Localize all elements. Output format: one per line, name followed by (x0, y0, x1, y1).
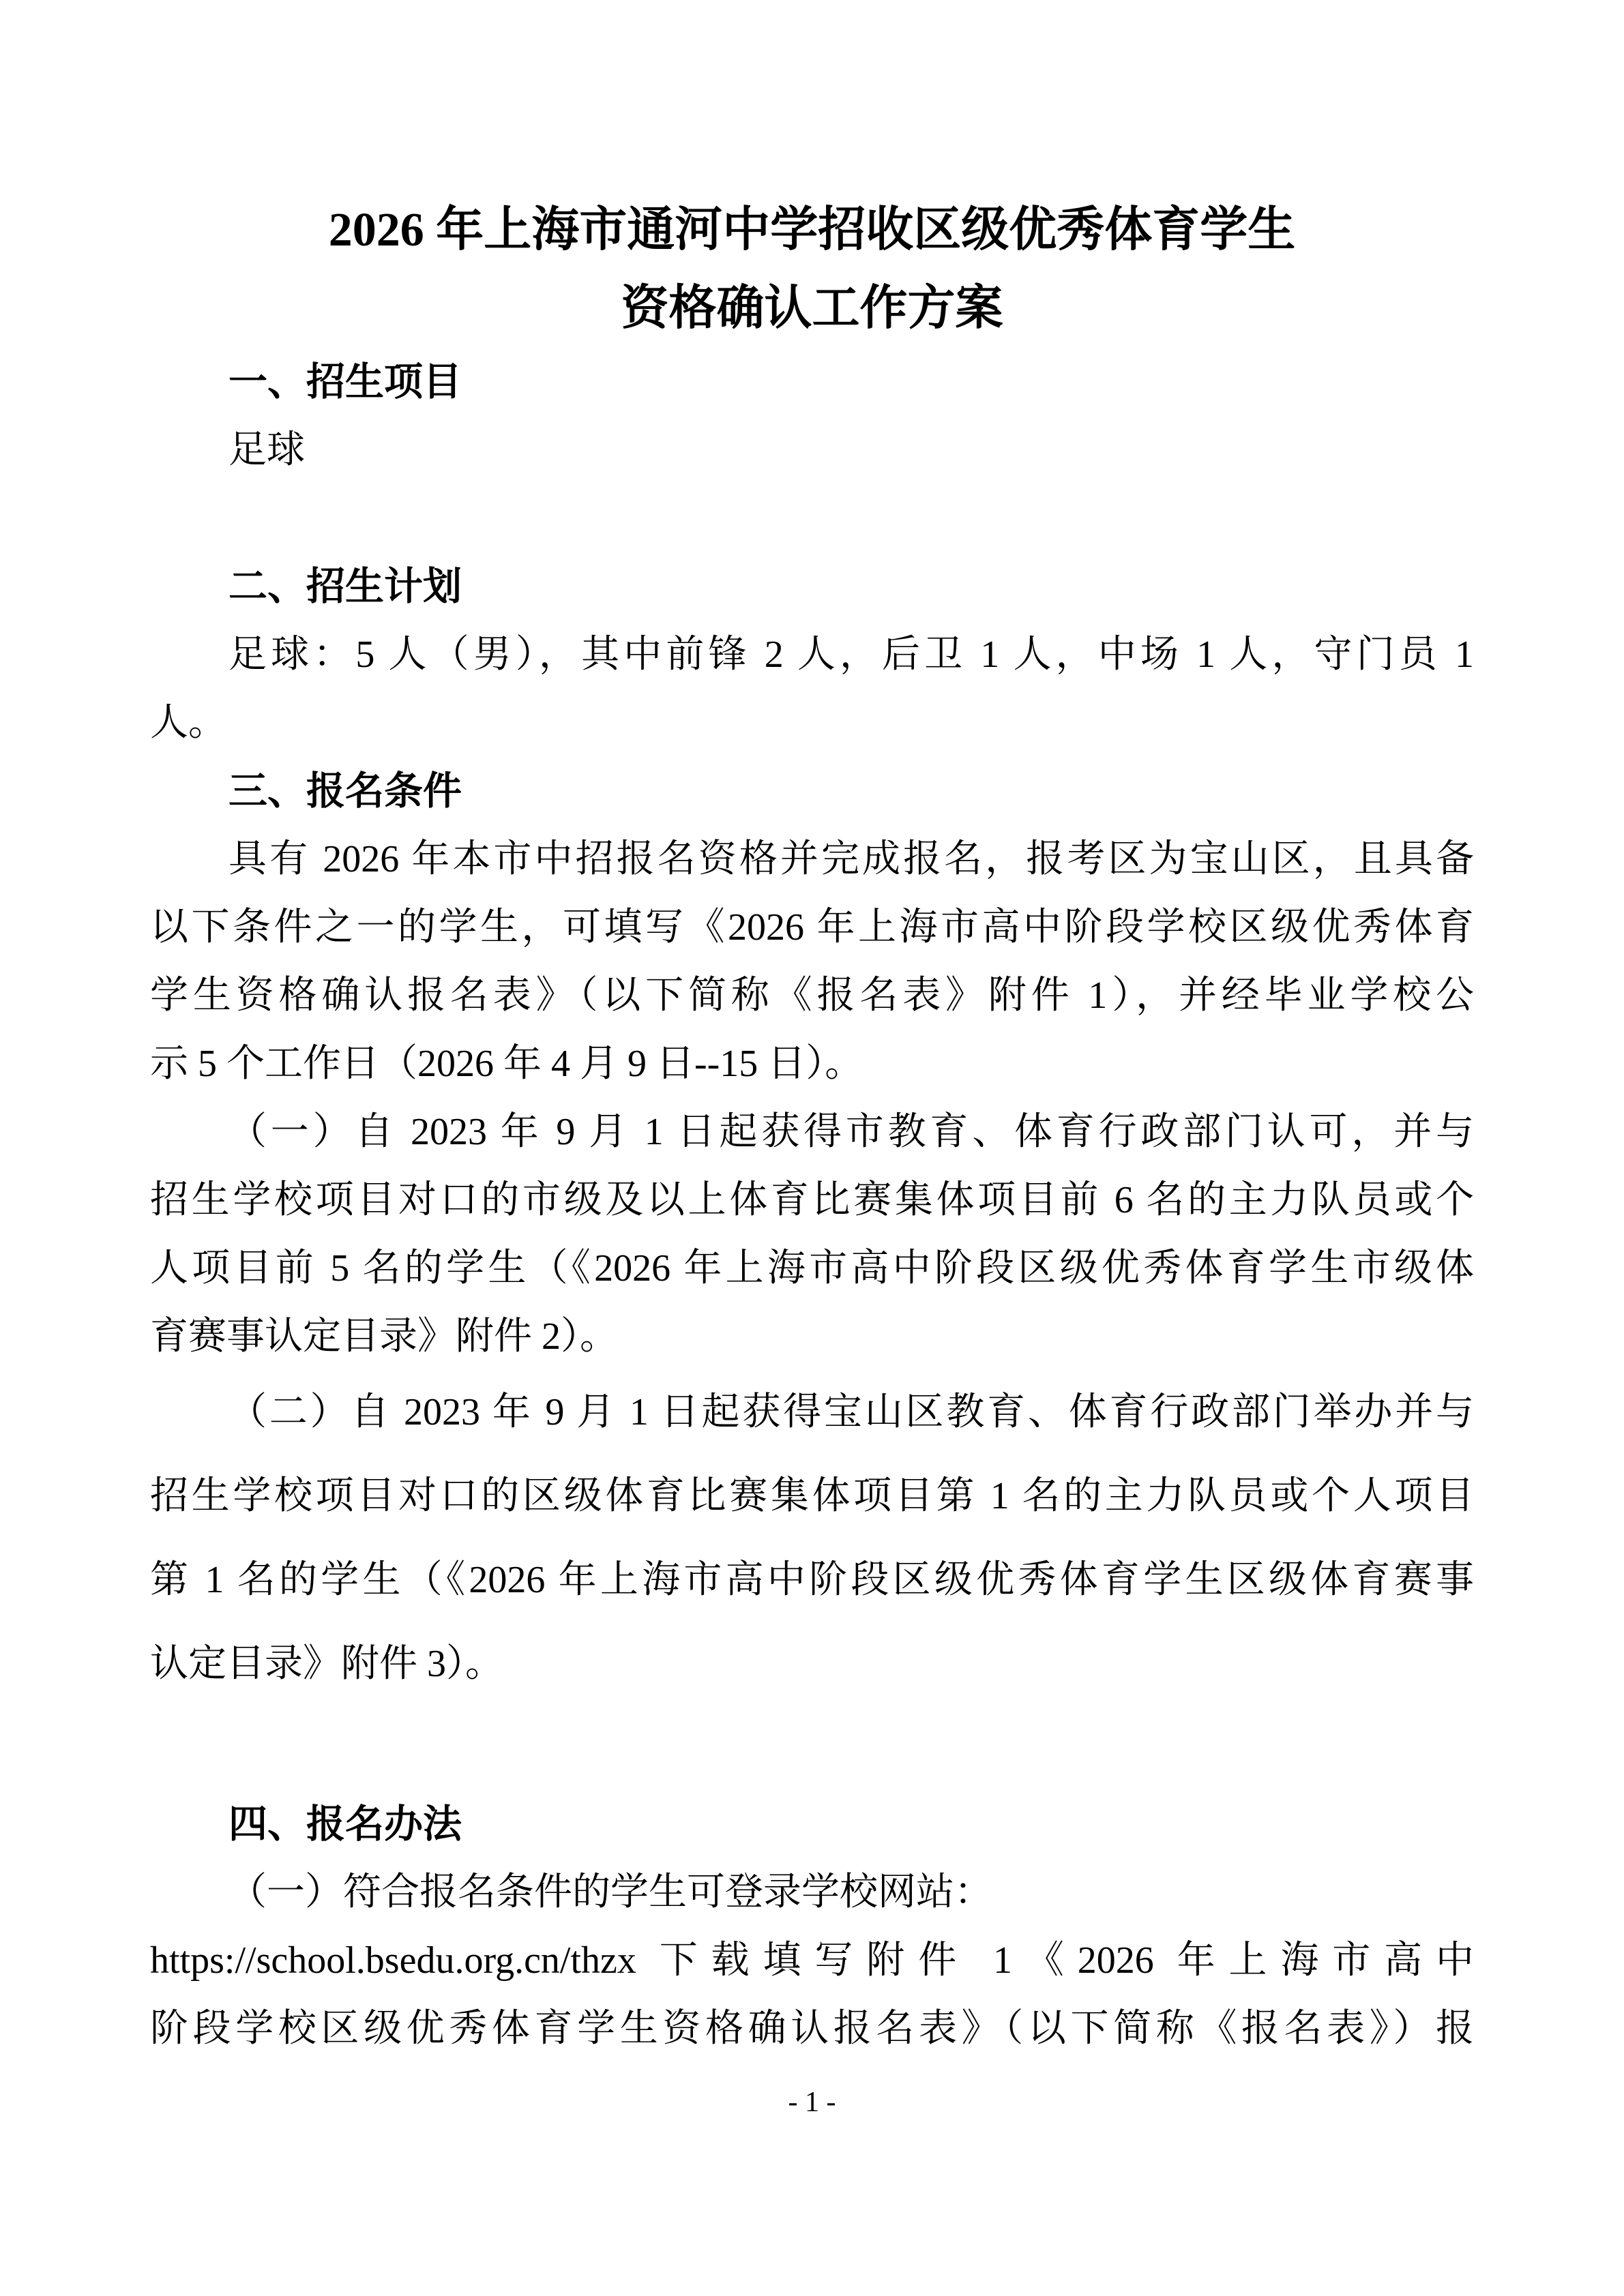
line-text: 2026 年上海市通河中学招收区级优秀体育学生 (329, 204, 1296, 256)
paragraph-line: 阶段学校区级优秀体育学生资格确认报名表》（以下简称《报名表》）报 (150, 1995, 1474, 2063)
line-text: 资格确认工作方案 (621, 282, 1003, 335)
paragraph-line: https://school.bsedu.org.cn/thzx 下载填写附件 … (150, 1926, 1474, 1995)
paragraph-line: 招生学校项目对口的区级体育比赛集体项目第 1 名的主力队员或个人项目 (150, 1455, 1474, 1538)
paragraph-line: 第 1 名的学生（《2026 年上海市高中阶段区级优秀体育学生区级体育赛事 (150, 1538, 1474, 1622)
paragraph-line: 育赛事认定目录》附件 2）。 (150, 1302, 1474, 1371)
line-text: 招生学校项目对口的市级及以上体育比赛集体项目前 6 名的主力队员或个 (150, 1179, 1474, 1221)
paragraph-line: （一）符合报名条件的学生可登录学校网站： (150, 1858, 1474, 1926)
line-text: （一）自 2023 年 9 月 1 日起获得市教育、体育行政部门认可，并与 (228, 1111, 1474, 1153)
line-text: 第 1 名的学生（《2026 年上海市高中阶段区级优秀体育学生区级体育赛事 (150, 1559, 1474, 1601)
blank-line (150, 1706, 1474, 1790)
line-text: 二、招生计划 (228, 565, 462, 608)
line-text: 认定目录》附件 3）。 (150, 1643, 503, 1685)
line-text: 育赛事认定目录》附件 2）。 (150, 1315, 618, 1358)
line-text: 阶段学校区级优秀体育学生资格确认报名表》（以下简称《报名表》）报 (150, 2008, 1474, 2050)
paragraph-line: 认定目录》附件 3）。 (150, 1622, 1474, 1706)
line-text: 足球：5 人（男），其中前锋 2 人，后卫 1 人，中场 1 人，守门员 1 (228, 633, 1474, 676)
paragraph-line: 人。 (150, 689, 1474, 757)
line-text: 人。 (150, 702, 226, 744)
line-text: 具有 2026 年本市中招报名资格并完成报名，报考区为宝山区，且具备 (228, 838, 1474, 880)
line-text: 招生学校项目对口的区级体育比赛集体项目第 1 名的主力队员或个人项目 (150, 1475, 1474, 1517)
paragraph-line: （一）自 2023 年 9 月 1 日起获得市教育、体育行政部门认可，并与 (150, 1098, 1474, 1166)
line-text: 人项目前 5 名的学生（《2026 年上海市高中阶段区级优秀体育学生市级体 (150, 1247, 1474, 1289)
line-text: （一）符合报名条件的学生可登录学校网站： (228, 1871, 992, 1913)
paragraph-line: 人项目前 5 名的学生（《2026 年上海市高中阶段区级优秀体育学生市级体 (150, 1234, 1474, 1302)
paragraph-line: 具有 2026 年本市中招报名资格并完成报名，报考区为宝山区，且具备 (150, 825, 1474, 893)
section-heading: 一、招生项目 (150, 348, 1474, 416)
line-text: https://school.bsedu.org.cn/thzx 下载填写附件 … (150, 1939, 1474, 1982)
line-text: （二）自 2023 年 9 月 1 日起获得宝山区教育、体育行政部门举办并与 (228, 1391, 1474, 1433)
document-page: 2026 年上海市通河中学招收区级优秀体育学生资格确认工作方案一、招生项目足球二… (0, 0, 1624, 2296)
section-heading: 二、招生计划 (150, 552, 1474, 621)
paragraph-line: 示 5 个工作日（2026 年 4 月 9 日--15 日）。 (150, 1030, 1474, 1098)
section-heading: 三、报名条件 (150, 757, 1474, 825)
line-text: 示 5 个工作日（2026 年 4 月 9 日--15 日）。 (150, 1043, 863, 1085)
line-text: 四、报名办法 (228, 1802, 462, 1846)
doc-title-line: 2026 年上海市通河中学招收区级优秀体育学生 (150, 191, 1474, 269)
section-heading: 四、报名办法 (150, 1790, 1474, 1858)
paragraph-line: 学生资格确认报名表》（以下简称《报名表》附件 1），并经毕业学校公 (150, 961, 1474, 1030)
paragraph-line: 招生学校项目对口的市级及以上体育比赛集体项目前 6 名的主力队员或个 (150, 1166, 1474, 1234)
doc-title-line: 资格确认工作方案 (150, 269, 1474, 348)
line-text: 三、报名条件 (228, 769, 462, 813)
page-number: - 1 - (150, 2082, 1474, 2123)
blank-line (150, 484, 1474, 552)
page-number-text: - 1 - (788, 2087, 836, 2118)
paragraph-line: （二）自 2023 年 9 月 1 日起获得宝山区教育、体育行政部门举办并与 (150, 1371, 1474, 1455)
paragraph-line: 足球：5 人（男），其中前锋 2 人，后卫 1 人，中场 1 人，守门员 1 (150, 621, 1474, 689)
paragraph-line: 以下条件之一的学生，可填写《2026 年上海市高中阶段学校区级优秀体育 (150, 893, 1474, 961)
line-text: 足球 (228, 429, 305, 471)
line-text: 学生资格确认报名表》（以下简称《报名表》附件 1），并经毕业学校公 (150, 974, 1474, 1017)
line-text: 一、招生项目 (228, 360, 462, 404)
line-text: 以下条件之一的学生，可填写《2026 年上海市高中阶段学校区级优秀体育 (150, 906, 1474, 949)
document-content: 2026 年上海市通河中学招收区级优秀体育学生资格确认工作方案一、招生项目足球二… (150, 191, 1474, 2123)
paragraph-line: 足球 (150, 416, 1474, 484)
